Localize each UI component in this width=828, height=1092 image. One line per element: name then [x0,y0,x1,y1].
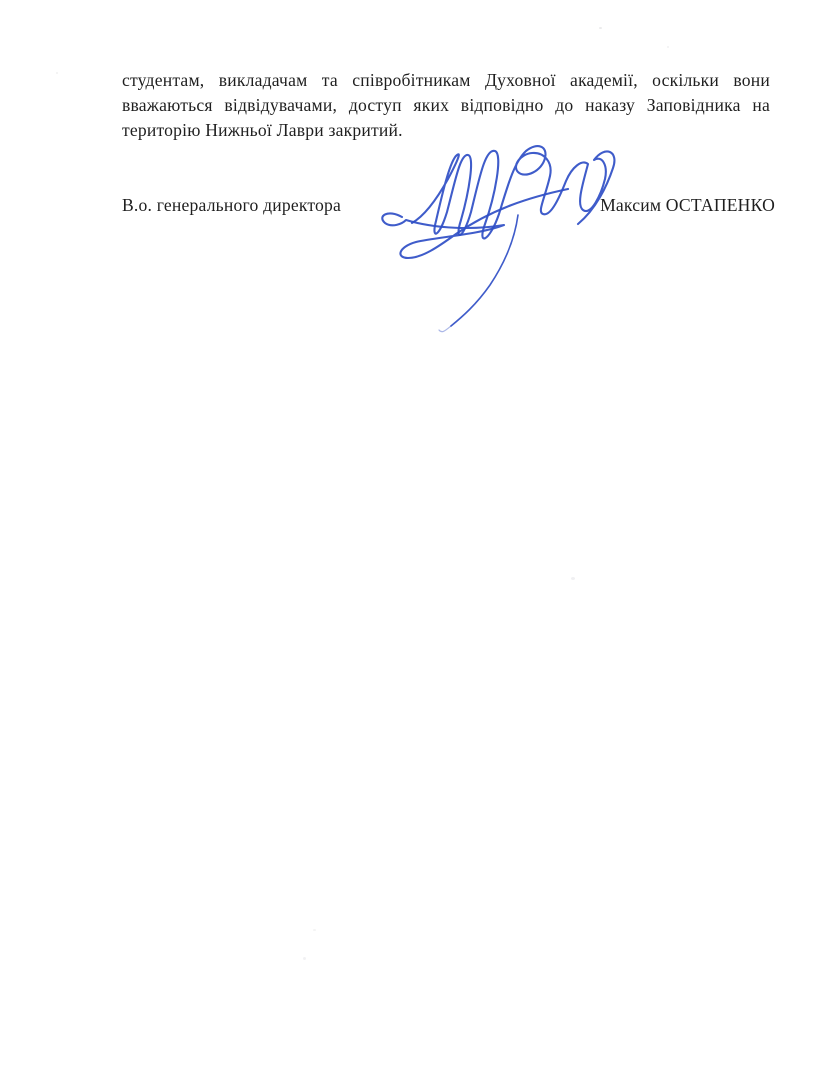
paragraph-line: вважаються відвідувачами, доступ яких ві… [122,93,770,118]
signature-tail-stroke [451,215,518,326]
body-paragraph: студентам, викладачам та співробітникам … [122,68,770,143]
signatory-title: В.о. генерального директора [122,193,341,217]
paragraph-line: територію Нижньої Лаври закритий. [122,118,770,143]
scan-speck [599,27,602,29]
scan-speck [313,929,316,931]
handwritten-signature [372,137,618,342]
signature-tail-tip [439,326,451,332]
scanned-document-page: студентам, викладачам та співробітникам … [0,0,828,1092]
scan-speck [56,72,58,74]
signature-block: В.о. генерального директора Максим ОСТАП… [122,193,775,217]
signatory-name: Максим ОСТАПЕНКО [600,193,775,217]
scan-speck [667,46,669,48]
paragraph-line: студентам, викладачам та співробітникам … [122,68,770,93]
scan-speck [571,577,575,580]
signature-ink-svg [372,137,618,342]
scan-speck [303,957,306,960]
